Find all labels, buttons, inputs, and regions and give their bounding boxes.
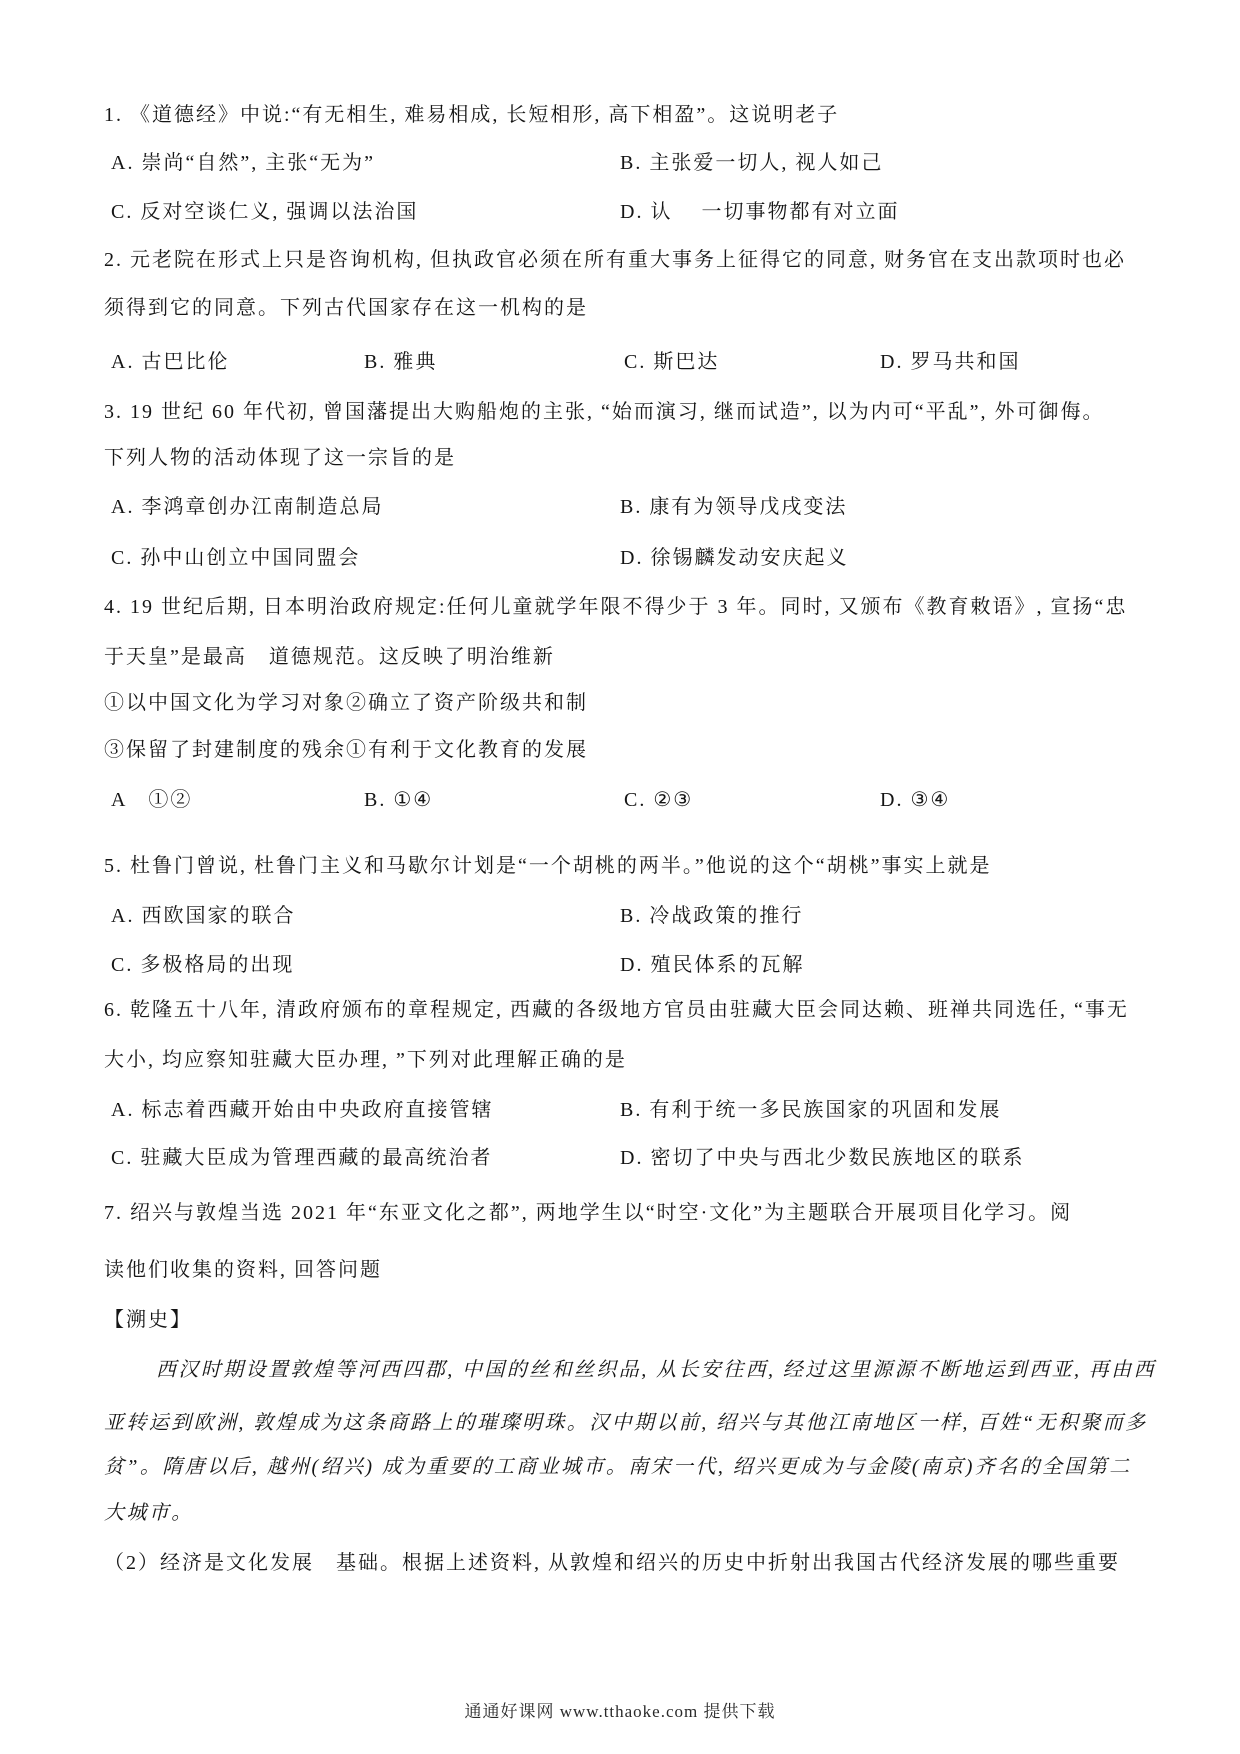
question-4-options-row: A ①② B. ①④ C. ②③ D. ③④: [104, 776, 1149, 824]
question-4-option-b: B. ①④: [364, 776, 433, 824]
question-2-stem-line-1: 2. 元老院在形式上只是咨询机构, 但执政官必须在所有重大事务上征得它的同意, …: [104, 236, 1149, 284]
question-3-option-d: D. 徐锡麟发动安庆起义: [620, 534, 848, 582]
question-1-option-c: C. 反对空谈仁义, 强调以法治国: [111, 188, 418, 236]
question-3-options-row-2: C. 孙中山创立中国同盟会 D. 徐锡麟发动安庆起义: [104, 534, 1149, 582]
question-5-stem-line-1: 5. 杜鲁门曾说, 杜鲁门主义和马歇尔计划是“一个胡桃的两半。”他说的这个“胡桃…: [104, 842, 1149, 890]
question-6-stem-line-2: 大小, 均应察知驻藏大臣办理, ”下列对此理解正确的是: [104, 1036, 1149, 1084]
question-6-options-row-1: A. 标志着西藏开始由中央政府直接管辖 B. 有利于统一多民族国家的巩固和发展: [104, 1086, 1149, 1134]
question-6-options-row-2: C. 驻藏大臣成为管理西藏的最高统治者 D. 密切了中央与西北少数民族地区的联系: [104, 1134, 1149, 1182]
question-1-options-row-2: C. 反对空谈仁义, 强调以法治国 D. 认 一切事物都有对立面: [104, 188, 1149, 236]
question-3-option-b: B. 康有为领导戊戌变法: [620, 483, 847, 531]
question-1-option-b: B. 主张爱一切人, 视人如己: [620, 139, 883, 187]
question-7-passage-line-4: 大城市。: [104, 1489, 1149, 1537]
question-1-option-d: D. 认 一切事物都有对立面: [620, 188, 899, 236]
question-7-passage-line-3: 贫”。隋唐以后, 越州(绍兴) 成为重要的工商业城市。南宋一代, 绍兴更成为与金…: [104, 1443, 1149, 1491]
question-4-stem-line-1: 4. 19 世纪后期, 日本明治政府规定:任何儿童就学年限不得少于 3 年。同时…: [104, 583, 1149, 631]
question-6-option-a: A. 标志着西藏开始由中央政府直接管辖: [111, 1086, 493, 1134]
question-6-option-b: B. 有利于统一多民族国家的巩固和发展: [620, 1086, 1001, 1134]
exam-document-page: 1. 《道德经》中说:“有无相生, 难易相成, 长短相形, 高下相盈”。这说明老…: [0, 0, 1240, 1754]
question-5-options-row-1: A. 西欧国家的联合 B. 冷战政策的推行: [104, 892, 1149, 940]
question-3-option-c: C. 孙中山创立中国同盟会: [111, 534, 360, 582]
question-4-option-d: D. ③④: [880, 776, 950, 824]
question-1-option-a: A. 崇尚“自然”, 主张“无为”: [111, 139, 375, 187]
question-5-option-c: C. 多极格局的出现: [111, 941, 294, 989]
question-6-option-d: D. 密切了中央与西北少数民族地区的联系: [620, 1134, 1024, 1182]
question-5-options-row-2: C. 多极格局的出现 D. 殖民体系的瓦解: [104, 941, 1149, 989]
question-5-option-d: D. 殖民体系的瓦解: [620, 941, 804, 989]
question-7-stem-line-1: 7. 绍兴与敦煌当选 2021 年“东亚文化之都”, 两地学生以“时空·文化”为…: [104, 1189, 1149, 1237]
page-footer: 通通好课网 www.tthaoke.com 提供下载: [0, 1692, 1240, 1732]
question-5-option-b: B. 冷战政策的推行: [620, 892, 803, 940]
question-2-option-d: D. 罗马共和国: [880, 338, 1020, 386]
question-1-stem-line-1: 1. 《道德经》中说:“有无相生, 难易相成, 长短相形, 高下相盈”。这说明老…: [104, 91, 1149, 139]
question-3-options-row-1: A. 李鸿章创办江南制造总局 B. 康有为领导戊戌变法: [104, 483, 1149, 531]
question-7-passage-line-1: 西汉时期设置敦煌等河西四郡, 中国的丝和丝织品, 从长安往西, 经过这里源源不断…: [104, 1346, 1201, 1394]
question-3-stem-line-1: 3. 19 世纪 60 年代初, 曾国藩提出大购船炮的主张, “始而演习, 继而…: [104, 388, 1149, 436]
question-4-option-a: A ①②: [111, 776, 192, 824]
question-2-stem-line-2: 须得到它的同意。下列古代国家存在这一机构的是: [104, 284, 1149, 332]
question-1-options-row-1: A. 崇尚“自然”, 主张“无为” B. 主张爱一切人, 视人如己: [104, 139, 1149, 187]
question-7-subquestion-2: （2）经济是文化发展 基础。根据上述资料, 从敦煌和绍兴的历史中折射出我国古代经…: [104, 1539, 1149, 1587]
question-2-options-row: A. 古巴比伦 B. 雅典 C. 斯巴达 D. 罗马共和国: [104, 338, 1149, 386]
question-3-option-a: A. 李鸿章创办江南制造总局: [111, 483, 383, 531]
question-7-stem-line-2: 读他们收集的资料, 回答问题: [104, 1246, 1149, 1294]
question-6-option-c: C. 驻藏大臣成为管理西藏的最高统治者: [111, 1134, 492, 1182]
question-2-option-b: B. 雅典: [364, 338, 437, 386]
question-4-stem-line-2: 于天皇”是最高 道德规范。这反映了明治维新: [104, 633, 1149, 681]
question-7-section-label: 【溯史】: [104, 1296, 1149, 1344]
question-4-option-c: C. ②③: [624, 776, 693, 824]
question-4-statements-line-1: ①以中国文化为学习对象②确立了资产阶级共和制: [104, 679, 1149, 727]
question-4-statements-line-2: ③保留了封建制度的残余①有利于文化教育的发展: [104, 726, 1149, 774]
question-2-option-a: A. 古巴比伦: [111, 338, 229, 386]
question-2-option-c: C. 斯巴达: [624, 338, 719, 386]
question-5-option-a: A. 西欧国家的联合: [111, 892, 295, 940]
question-6-stem-line-1: 6. 乾隆五十八年, 清政府颁布的章程规定, 西藏的各级地方官员由驻藏大臣会同达…: [104, 986, 1149, 1034]
question-3-stem-line-2: 下列人物的活动体现了这一宗旨的是: [104, 434, 1149, 482]
question-7-passage-line-2: 亚转运到欧洲, 敦煌成为这条商路上的璀璨明珠。汉中期以前, 绍兴与其他江南地区一…: [104, 1399, 1149, 1447]
